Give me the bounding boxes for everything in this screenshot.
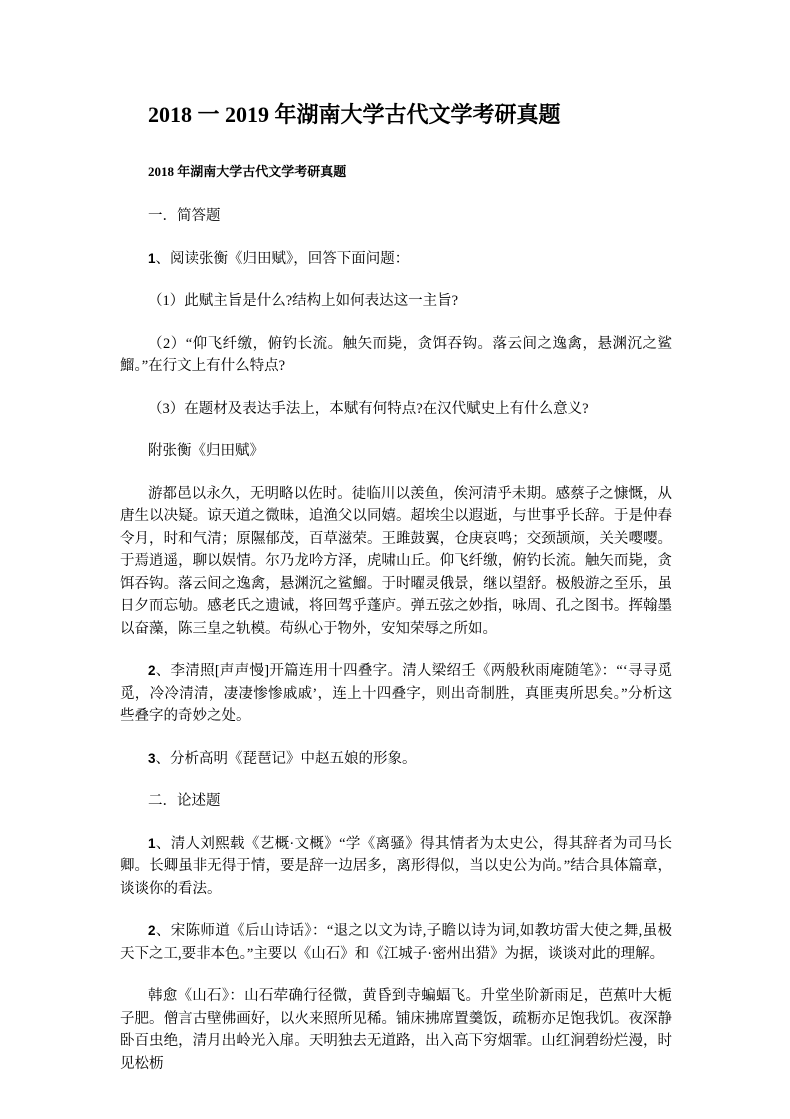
item-number: 2 xyxy=(148,663,156,678)
section-heading-text: 一．简答题 xyxy=(148,208,221,224)
section-heading-text: 二．论述题 xyxy=(148,793,221,809)
item-number: 3 xyxy=(148,751,156,766)
paragraph-text: 游都邑以永久，无明略以佐时。徒临川以羡鱼，俟河清乎未期。感蔡子之慷慨，从唐生以决… xyxy=(120,486,672,637)
paragraph-text: （1）此赋主旨是什么?结构上如何表达这一主旨? xyxy=(148,293,458,309)
question-1-sub-1: （1）此赋主旨是什么?结构上如何表达这一主旨? xyxy=(120,290,672,313)
paragraph-text: （3）在题材及表达手法上，本赋有何特点?在汉代赋史上有什么意义? xyxy=(148,401,589,417)
essay-question-1: 1、清人刘熙载《艺概·文概》“学《离骚》得其情者为太史公，得其辞者为司马长卿。长… xyxy=(120,833,672,901)
item-number: 2 xyxy=(148,923,156,938)
paragraph-text: 、分析高明《琵琶记》中赵五娘的形象。 xyxy=(156,751,417,767)
appendix-label: 附张衡《归田赋》 xyxy=(120,440,672,463)
question-1-sub-3: （3）在题材及表达手法上，本赋有何特点?在汉代赋史上有什么意义? xyxy=(120,398,672,421)
question-3-pipaji: 3、分析高明《琵琶记》中赵五娘的形象。 xyxy=(120,748,672,771)
essay-question-2: 2、宋陈师道《后山诗话》：“退之以文为诗,子瞻以诗为词,如教坊雷大使之舞,虽极天… xyxy=(120,920,672,965)
question-1-intro: 1、阅读张衡《归田赋》，回答下面问题： xyxy=(120,248,672,271)
section-heading-short-answer: 一．简答题 xyxy=(120,205,672,228)
document-page: 2018 一 2019 年湖南大学古代文学考研真题 2018 年湖南大学古代文学… xyxy=(0,0,790,1119)
section-heading-essay: 二．论述题 xyxy=(120,790,672,813)
item-number: 1 xyxy=(148,251,156,266)
paragraph-text: 、李清照[声声慢]开篇连用十四叠字。清人梁绍壬《两般秋雨庵随笔》：“‘寻寻觅觅，… xyxy=(120,663,672,724)
document-subtitle: 2018 年湖南大学古代文学考研真题 xyxy=(120,163,672,181)
fu-text-guitianfu: 游都邑以永久，无明略以佐时。徒临川以羡鱼，俟河清乎未期。感蔡子之慷慨，从唐生以决… xyxy=(120,483,672,641)
document-body: 2018 一 2019 年湖南大学古代文学考研真题 2018 年湖南大学古代文学… xyxy=(120,0,672,1095)
paragraph-text: 、宋陈师道《后山诗话》：“退之以文为诗,子瞻以诗为词,如教坊雷大使之舞,虽极天下… xyxy=(120,923,672,962)
poem-shanshi: 韩愈《山石》：山石荦确行径微，黄昏到寺蝙蝠飞。升堂坐阶新雨足，芭蕉叶大栀子肥。僧… xyxy=(120,985,672,1075)
question-1-sub-2: （2）“仰飞纤缴，俯钓长流。触矢而毙，贪饵吞钩。落云间之逸禽，悬渊沉之鲨鰡。”在… xyxy=(120,333,672,378)
paragraph-text: 附张衡《归田赋》 xyxy=(148,443,264,459)
paragraph-text: 、阅读张衡《归田赋》，回答下面问题： xyxy=(156,251,410,267)
paragraph-text: 韩愈《山石》：山石荦确行径微，黄昏到寺蝙蝠飞。升堂坐阶新雨足，芭蕉叶大栀子肥。僧… xyxy=(120,988,672,1072)
paragraph-text: （2）“仰飞纤缴，俯钓长流。触矢而毙，贪饵吞钩。落云间之逸禽，悬渊沉之鲨鰡。”在… xyxy=(120,336,672,375)
item-number: 1 xyxy=(148,836,156,851)
document-title: 2018 一 2019 年湖南大学古代文学考研真题 xyxy=(120,100,672,130)
question-2-dieci: 2、李清照[声声慢]开篇连用十四叠字。清人梁绍壬《两般秋雨庵随笔》：“‘寻寻觅觅… xyxy=(120,660,672,728)
paragraph-text: 、清人刘熙载《艺概·文概》“学《离骚》得其情者为太史公，得其辞者为司马长卿。长卿… xyxy=(120,836,672,897)
